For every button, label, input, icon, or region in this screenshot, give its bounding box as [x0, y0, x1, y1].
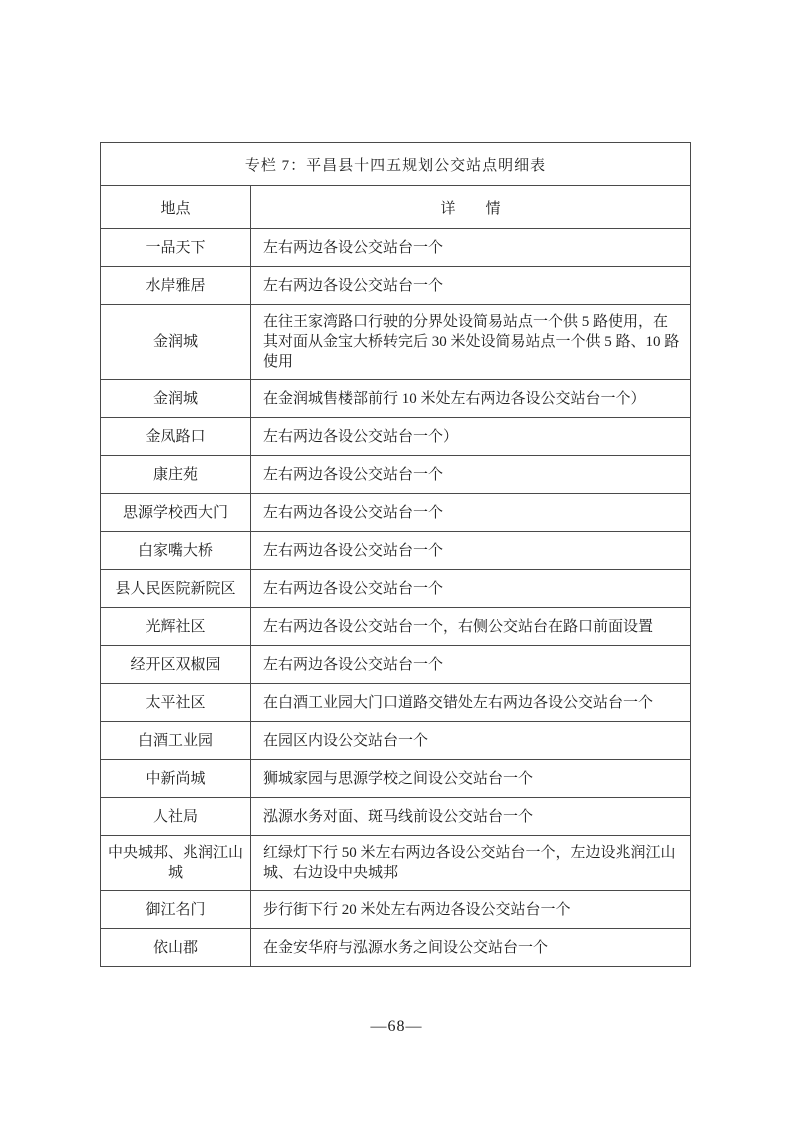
location-cell: 御江名门	[101, 891, 251, 929]
table-row: 中央城邦、兆润江山城红绿灯下行 50 米左右两边各设公交站台一个，左边设兆润江山…	[101, 836, 691, 891]
location-cell: 金润城	[101, 380, 251, 418]
location-cell: 白家嘴大桥	[101, 532, 251, 570]
location-cell: 思源学校西大门	[101, 494, 251, 532]
table-row: 御江名门步行街下行 20 米处左右两边各设公交站台一个	[101, 891, 691, 929]
details-cell: 步行街下行 20 米处左右两边各设公交站台一个	[251, 891, 691, 929]
table-row: 康庄苑左右两边各设公交站台一个	[101, 456, 691, 494]
details-cell: 在白酒工业园大门口道路交错处左右两边各设公交站台一个	[251, 684, 691, 722]
details-cell: 在金安华府与泓源水务之间设公交站台一个	[251, 929, 691, 967]
document-page: 专栏 7：平昌县十四五规划公交站点明细表 地点 详 情 一品天下左右两边各设公交…	[0, 0, 793, 1122]
table-row: 光辉社区左右两边各设公交站台一个，右侧公交站台在路口前面设置	[101, 608, 691, 646]
location-cell: 中央城邦、兆润江山城	[101, 836, 251, 891]
details-cell: 左右两边各设公交站台一个	[251, 646, 691, 684]
details-cell: 在往王家湾路口行驶的分界处设简易站点一个供 5 路使用，在其对面从金宝大桥转完后…	[251, 305, 691, 380]
location-cell: 金润城	[101, 305, 251, 380]
location-cell: 水岸雅居	[101, 267, 251, 305]
details-cell: 在金润城售楼部前行 10 米处左右两边各设公交站台一个）	[251, 380, 691, 418]
table-body: 一品天下左右两边各设公交站台一个水岸雅居左右两边各设公交站台一个金润城在往王家湾…	[101, 229, 691, 967]
table-row: 金润城在往王家湾路口行驶的分界处设简易站点一个供 5 路使用，在其对面从金宝大桥…	[101, 305, 691, 380]
details-cell: 狮城家园与思源学校之间设公交站台一个	[251, 760, 691, 798]
location-cell: 康庄苑	[101, 456, 251, 494]
table-row: 水岸雅居左右两边各设公交站台一个	[101, 267, 691, 305]
table-row: 白家嘴大桥左右两边各设公交站台一个	[101, 532, 691, 570]
column-header-details: 详 情	[251, 186, 691, 229]
details-cell: 左右两边各设公交站台一个	[251, 570, 691, 608]
location-cell: 县人民医院新院区	[101, 570, 251, 608]
details-cell: 左右两边各设公交站台一个	[251, 532, 691, 570]
details-cell: 红绿灯下行 50 米左右两边各设公交站台一个，左边设兆润江山城、右边设中央城邦	[251, 836, 691, 891]
location-cell: 金凤路口	[101, 418, 251, 456]
column-header-location: 地点	[101, 186, 251, 229]
location-cell: 白酒工业园	[101, 722, 251, 760]
table-row: 一品天下左右两边各设公交站台一个	[101, 229, 691, 267]
table-title: 专栏 7：平昌县十四五规划公交站点明细表	[101, 143, 691, 186]
table-row: 中新尚城狮城家园与思源学校之间设公交站台一个	[101, 760, 691, 798]
table-row: 金凤路口左右两边各设公交站台一个）	[101, 418, 691, 456]
table-row: 依山郡在金安华府与泓源水务之间设公交站台一个	[101, 929, 691, 967]
page-number: —68—	[0, 1018, 793, 1036]
location-cell: 经开区双椒园	[101, 646, 251, 684]
table-row: 人社局泓源水务对面、斑马线前设公交站台一个	[101, 798, 691, 836]
details-cell: 左右两边各设公交站台一个	[251, 229, 691, 267]
location-cell: 太平社区	[101, 684, 251, 722]
location-cell: 依山郡	[101, 929, 251, 967]
details-cell: 左右两边各设公交站台一个，右侧公交站台在路口前面设置	[251, 608, 691, 646]
details-cell: 在园区内设公交站台一个	[251, 722, 691, 760]
details-cell: 左右两边各设公交站台一个	[251, 267, 691, 305]
table-row: 太平社区在白酒工业园大门口道路交错处左右两边各设公交站台一个	[101, 684, 691, 722]
details-cell: 泓源水务对面、斑马线前设公交站台一个	[251, 798, 691, 836]
table-title-row: 专栏 7：平昌县十四五规划公交站点明细表	[101, 143, 691, 186]
details-cell: 左右两边各设公交站台一个	[251, 494, 691, 532]
table-row: 金润城在金润城售楼部前行 10 米处左右两边各设公交站台一个）	[101, 380, 691, 418]
location-cell: 一品天下	[101, 229, 251, 267]
table-row: 思源学校西大门左右两边各设公交站台一个	[101, 494, 691, 532]
location-cell: 光辉社区	[101, 608, 251, 646]
location-cell: 人社局	[101, 798, 251, 836]
bus-station-table: 专栏 7：平昌县十四五规划公交站点明细表 地点 详 情 一品天下左右两边各设公交…	[100, 142, 691, 967]
table-row: 县人民医院新院区左右两边各设公交站台一个	[101, 570, 691, 608]
details-cell: 左右两边各设公交站台一个	[251, 456, 691, 494]
details-cell: 左右两边各设公交站台一个）	[251, 418, 691, 456]
table-header-row: 地点 详 情	[101, 186, 691, 229]
location-cell: 中新尚城	[101, 760, 251, 798]
table-row: 白酒工业园在园区内设公交站台一个	[101, 722, 691, 760]
table-row: 经开区双椒园左右两边各设公交站台一个	[101, 646, 691, 684]
